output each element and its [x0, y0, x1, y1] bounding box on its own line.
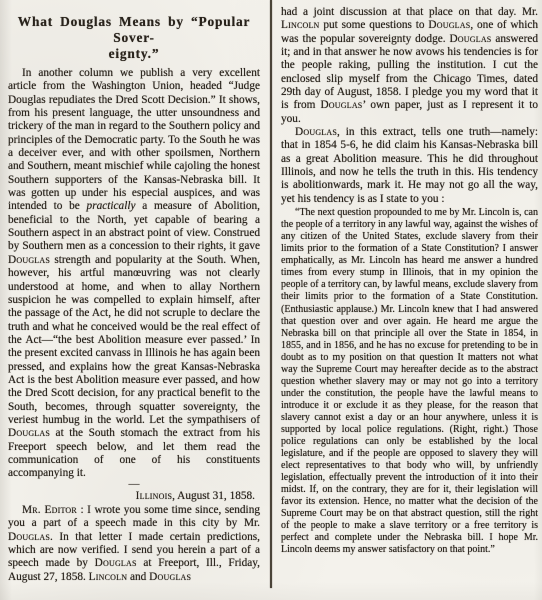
text-run: Douglas	[428, 19, 470, 31]
headline-line-2: eignty.”	[8, 46, 260, 62]
text-run: Douglas	[295, 126, 337, 138]
text-run: Douglas	[449, 33, 491, 45]
text-run: strength and popularity at the South. Wh…	[8, 254, 260, 426]
text-run: Douglas	[320, 99, 362, 111]
intro-paragraph: In another column we publish a very exce…	[8, 67, 260, 481]
text-run: put some questions to	[320, 19, 429, 31]
text-run: Douglas	[8, 254, 50, 266]
letter-paragraph-left: Mr. Editor : I wrote you some time since…	[8, 504, 260, 584]
text-run: had a joint discussion at that place on …	[281, 6, 538, 18]
newspaper-page: What Douglas Means by “Popular Sover- ei…	[0, 0, 542, 600]
freeport-quote-paragraph: “The next question propounded to me by M…	[281, 207, 538, 556]
text-run: practically	[87, 200, 136, 212]
text-run: Mr. Editor	[22, 504, 77, 516]
text-run: , August 31, 1858.	[172, 490, 255, 502]
text-run: “The next question propounded to me by M…	[281, 207, 538, 555]
text-run: and	[127, 571, 149, 583]
text-run: Douglas	[8, 427, 50, 439]
text-run: Lincoln	[89, 571, 128, 583]
letter-paragraph-continued: had a joint discussion at that place on …	[281, 6, 538, 126]
section-divider: —	[8, 481, 260, 490]
divider-dash: —	[129, 478, 140, 490]
text-run: Douglas	[95, 557, 137, 569]
dateline: Illinois, August 31, 1858.	[8, 490, 260, 503]
text-run: Douglas	[149, 571, 191, 583]
headline-line-1: What Douglas Means by “Popular Sover-	[8, 14, 260, 46]
right-column: had a joint discussion at that place on …	[281, 6, 538, 557]
text-run: Lincoln	[281, 19, 320, 31]
article-headline: What Douglas Means by “Popular Sover- ei…	[8, 14, 260, 62]
text-run: Illinois	[136, 490, 172, 502]
text-run: Douglas	[8, 531, 50, 543]
text-run: In another column we publish a very exce…	[8, 67, 260, 212]
left-column: What Douglas Means by “Popular Sover- ei…	[8, 14, 260, 584]
column-rule	[270, 0, 272, 588]
commentary-paragraph: Douglas, in this extract, tells one trut…	[281, 126, 538, 206]
